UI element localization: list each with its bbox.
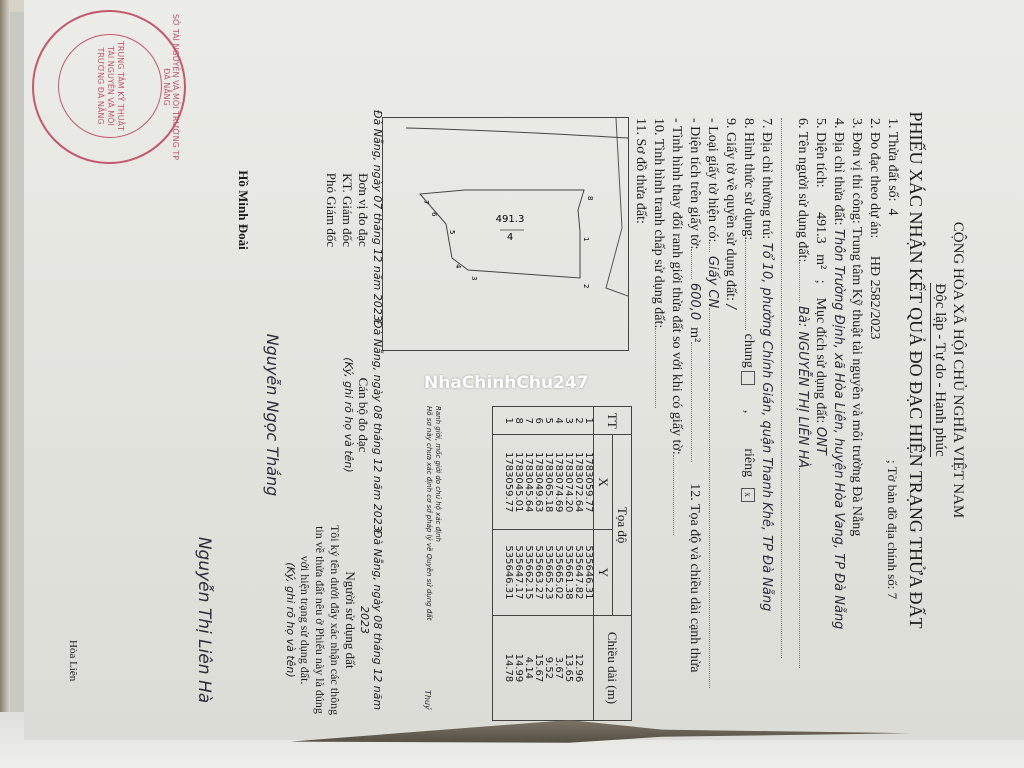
col-x: X — [594, 435, 613, 530]
point-label: 8 — [586, 196, 594, 200]
cell-y: 535661.38 — [563, 529, 573, 615]
map-sheet: ; Tờ bản đồ địa chính số: 7 — [884, 460, 900, 599]
watermark: NhaChinhChu247 — [424, 373, 589, 393]
cell-x: 1783074.20 — [563, 435, 573, 530]
cell-len: 12.96 — [573, 615, 583, 720]
cell-x: 1783059.77 — [493, 435, 514, 530]
country-header: CỘNG HÒA XÃ HỘI CHỦ NGHĨA VIỆT NAM — [949, 0, 966, 740]
table-row: 51783065.18535665.239.52 — [543, 407, 553, 721]
table-row: 11783059.77535646.31 — [583, 407, 594, 721]
cell-x: 1783045.01 — [513, 435, 523, 530]
cell-y: 535647.17 — [513, 529, 523, 615]
document-title: PHIẾU XÁC NHẬN KẾT QUẢ ĐO ĐẠC HIỆN TRẠNG… — [905, 0, 926, 740]
table-row: 11783059.77535646.3114.78 — [493, 407, 514, 721]
cell-y: 535646.31 — [493, 529, 514, 615]
cell-tt: 1 — [583, 407, 594, 435]
field-project: 2. Đo đạc theo dự án: HĐ 2582/2023 — [866, 118, 882, 339]
field-doc-type: - Loại giấy tờ hiện có: Giấy CN — [704, 118, 720, 688]
field-residence: 7. Địa chỉ thường trú: Tổ 10, phường Chí… — [758, 118, 774, 611]
cell-y: 535647.82 — [573, 529, 583, 615]
cell-len — [583, 615, 594, 720]
cell-x: 1783065.18 — [543, 435, 553, 530]
cell-tt: 6 — [533, 407, 543, 435]
dotted-line — [776, 118, 792, 658]
cell-tt: 4 — [553, 407, 563, 435]
field-plot-address: 4. Địa chỉ thửa đất: Thôn Trường Định, x… — [830, 118, 846, 629]
point-label: 1 — [582, 237, 590, 241]
cell-x: 1783049.63 — [533, 435, 543, 530]
cell-len: 3.67 — [553, 615, 563, 720]
cell-tt: 3 — [563, 407, 573, 435]
cell-x: 1783059.77 — [583, 435, 594, 530]
table-note: Ranh giới, mốc giới do chủ hộ xác địnhHồ… — [424, 406, 442, 620]
point-label: 7 — [422, 200, 430, 204]
point-label: 6 — [430, 212, 438, 217]
field-boundary-change: - Tình hình thay đổi ranh giới thửa đất … — [668, 118, 684, 535]
plot-sketch: 4 491.3 12345678 — [382, 117, 629, 351]
checkbox-private: x — [741, 488, 755, 502]
motto: Độc lập - Tự do - Hạnh phúc — [931, 0, 948, 740]
field-dispute: 10. Tình hình tranh chấp sử dụng đất: — [650, 118, 666, 408]
cell-len: 4.14 — [523, 615, 533, 720]
cell-len: 13.65 — [563, 615, 573, 720]
field-contractor: 3. Đơn vị thi công: Trung tâm Kỹ thuật t… — [848, 118, 864, 536]
svg-text:491.3: 491.3 — [496, 214, 525, 225]
cell-x: 1783045.64 — [523, 435, 533, 530]
field-doc-area: - Diện tích trên giấy tờ: 600,0 m² 12. T… — [686, 118, 702, 673]
table-row: 81783045.01535647.1714.99 — [513, 407, 523, 721]
field-area: 5. Diện tích: 491.3 m² ; Mục đích sử dụn… — [812, 118, 828, 455]
table-row: 61783049.63535663.2715.67 — [533, 407, 543, 721]
cell-tt: 7 — [523, 407, 533, 435]
point-label: 2 — [582, 284, 590, 288]
cell-tt: 1 — [493, 407, 514, 435]
table-row: 21783072.64535647.8212.96 — [573, 407, 583, 721]
col-length: Chiều dài (m) — [594, 615, 632, 720]
col-tt: TT — [594, 407, 632, 435]
official-stamp: SỞ TÀI NGUYÊN VÀ MÔI TRƯỜNG TP ĐÀ NẴNG T… — [32, 10, 186, 164]
footer-location: Hòa Liên — [67, 640, 79, 681]
plot-diagram: 4 491.3 12345678 — [383, 118, 628, 350]
table-row: 31783074.20535661.3813.65 — [563, 407, 573, 721]
cell-tt: 2 — [573, 407, 583, 435]
checkbox-shared — [741, 371, 755, 385]
signature-unit: Đà Nẵng, ngày 07 tháng 12 năm 2023 Đơn v… — [235, 110, 384, 310]
initials: Thuỷ — [423, 690, 432, 710]
cell-y: 535662.15 — [523, 529, 533, 615]
point-label: 4 — [454, 264, 462, 269]
signature-user: Đà Nẵng, ngày 08 tháng 12 năm 2023 Người… — [194, 520, 384, 720]
survey-document: CỘNG HÒA XÃ HỘI CHỦ NGHĨA VIỆT NAM Độc l… — [24, 0, 1024, 740]
background-left — [0, 0, 10, 768]
cell-y: 535663.27 — [533, 529, 543, 615]
cell-y: 535665.02 — [553, 529, 563, 615]
svg-text:4: 4 — [507, 232, 513, 243]
point-label: 3 — [470, 276, 478, 280]
cell-len: 15.67 — [533, 615, 543, 720]
cell-x: 1783072.64 — [573, 435, 583, 530]
cell-len: 9.52 — [543, 615, 553, 720]
cell-len: 14.99 — [513, 615, 523, 720]
cell-y: 535646.31 — [583, 529, 594, 615]
point-label: 5 — [448, 230, 456, 234]
field-owner-name: 6. Tên người sử dụng đất: Bà: NGUYỄN THỊ… — [794, 118, 810, 668]
field-sketch-label: 11. Sơ đồ thửa đất: — [632, 118, 648, 224]
field-usage-form: 8. Hình thức sử dụng: chung , riêng x — [740, 118, 756, 502]
cell-tt: 8 — [513, 407, 523, 435]
table-row: 41783074.69535665.023.67 — [553, 407, 563, 721]
field-plot-number: 1. Thửa đất số: 4 — [884, 118, 900, 216]
cell-tt: 5 — [543, 407, 553, 435]
signature-surveyor: Đà Nẵng, ngày 08 tháng 12 năm 2023 Cán b… — [263, 320, 384, 510]
field-land-docs: 9. Giấy tờ về quyền sử dụng đất: / — [722, 118, 738, 309]
col-coordinates: Tọa độ — [613, 435, 632, 615]
col-y: Y — [594, 529, 613, 615]
coordinates-table: TT Tọa độ Chiều dài (m) X Y 11783059.775… — [492, 406, 632, 721]
table-row: 71783045.64535662.154.14 — [523, 407, 533, 721]
cell-y: 535665.23 — [543, 529, 553, 615]
cell-x: 1783074.69 — [553, 435, 563, 530]
cell-len: 14.78 — [493, 615, 514, 720]
